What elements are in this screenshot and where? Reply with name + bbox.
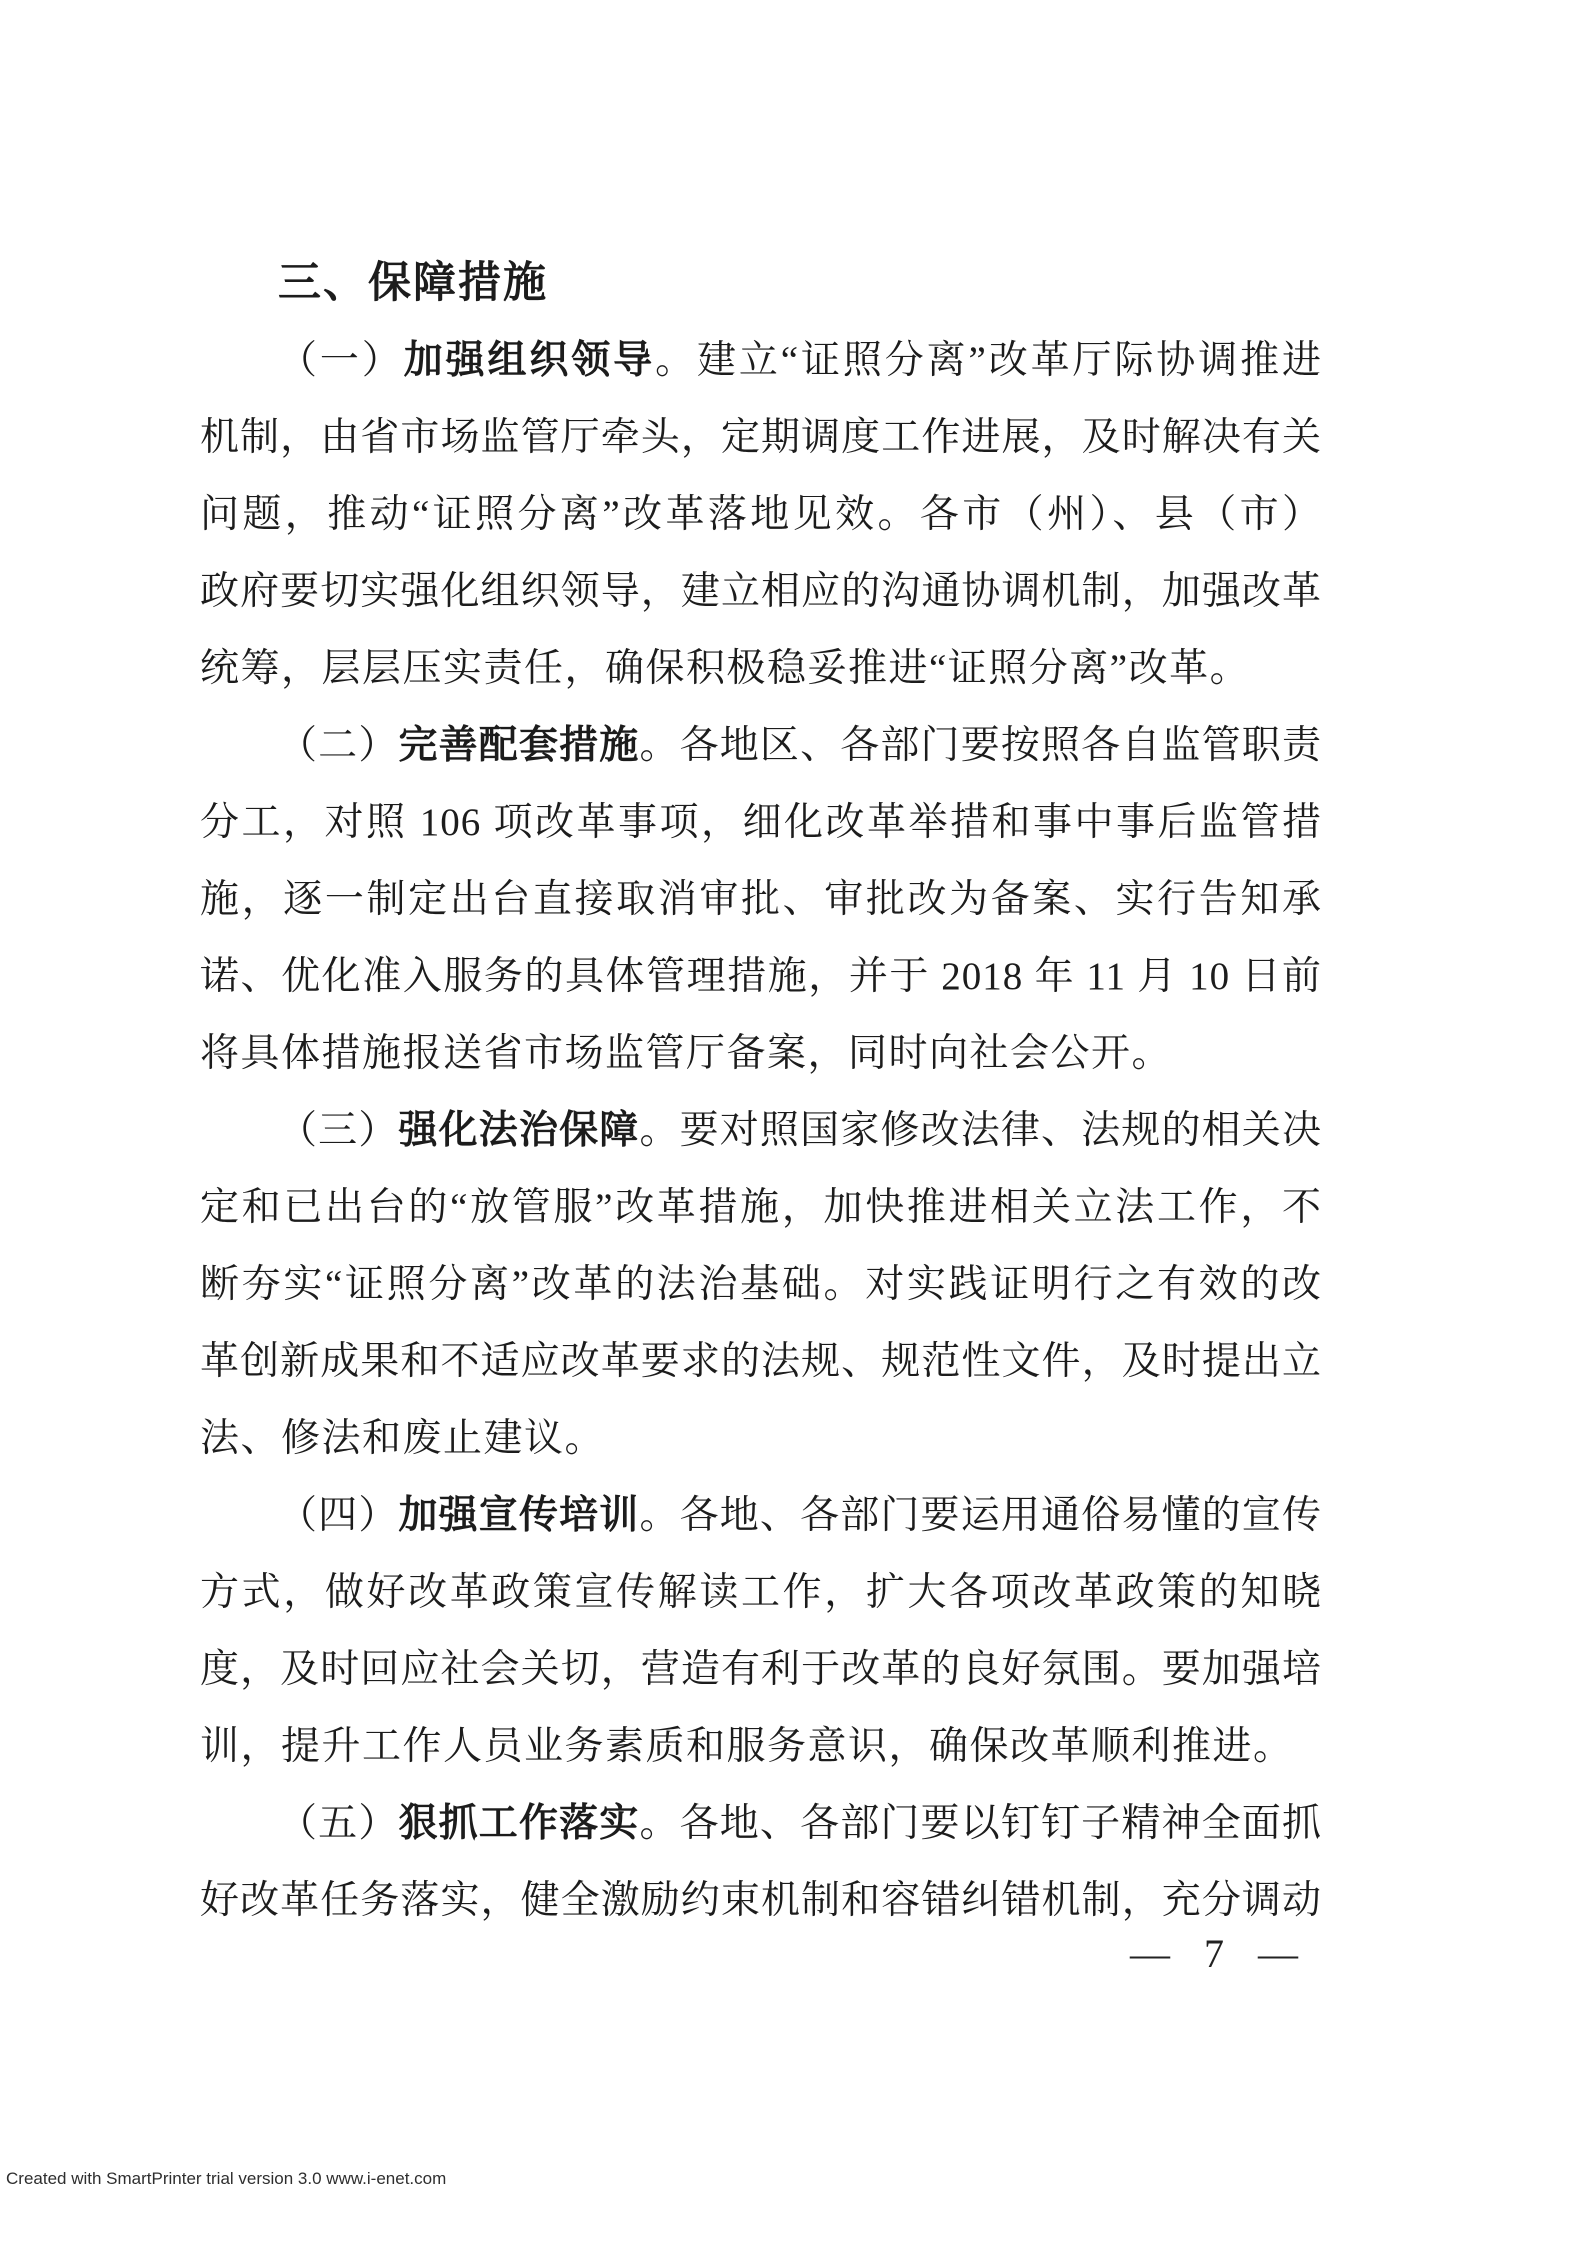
text-line: 定和已出台的“放管服”改革措施，加快推进相关立法工作，不: [200, 1169, 1322, 1246]
paragraph-3-text: 。要对照国家修改法律、法规的相关决: [639, 1109, 1322, 1152]
text-line: 诺、优化准入服务的具体管理措施，并于 2018 年 11 月 10 日前: [200, 938, 1322, 1015]
paragraph-4-first-line: （四）加强宣传培训。各地、各部门要运用通俗易懂的宣传: [200, 1477, 1322, 1554]
watermark-footer: Created with SmartPrinter trial version …: [6, 2166, 446, 2192]
text-line: 施，逐一制定出台直接取消审批、审批改为备案、实行告知承: [200, 861, 1322, 938]
document-page: 三、保障措施 （一）加强组织领导。建立“证照分离”改革厅际协调推进 机制，由省市…: [0, 0, 1587, 2245]
paragraph-1-number: （一）: [278, 339, 404, 382]
text-line: 度，及时回应社会关切，营造有利于改革的良好氛围。要加强培: [200, 1631, 1322, 1708]
paragraph-2-first-line: （二）完善配套措施。各地区、各部门要按照各自监管职责: [200, 707, 1322, 784]
text-line: 训，提升工作人员业务素质和服务意识，确保改革顺利推进。: [200, 1708, 1322, 1785]
paragraph-3-lead: 强化法治保障: [398, 1109, 639, 1152]
paragraph-2-text: 。各地区、各部门要按照各自监管职责: [639, 724, 1322, 767]
paragraph-3-number: （三）: [278, 1109, 398, 1152]
paragraph-3-first-line: （三）强化法治保障。要对照国家修改法律、法规的相关决: [200, 1092, 1322, 1169]
paragraph-4-text: 。各地、各部门要运用通俗易懂的宣传: [639, 1494, 1322, 1537]
text-line: 问题，推动“证照分离”改革落地见效。各市（州）、县（市）: [200, 476, 1322, 553]
text-line: 断夯实“证照分离”改革的法治基础。对实践证明行之有效的改: [200, 1246, 1322, 1323]
paragraph-1-lead: 加强组织领导: [404, 339, 655, 382]
paragraph-5-text: 。各地、各部门要以钉钉子精神全面抓: [639, 1802, 1322, 1845]
text-line: 将具体措施报送省市场监管厅备案，同时向社会公开。: [200, 1015, 1322, 1092]
paragraph-5-number: （五）: [278, 1802, 398, 1845]
text-line: 统筹，层层压实责任，确保积极稳妥推进“证照分离”改革。: [200, 630, 1322, 707]
text-line: 方式，做好改革政策宣传解读工作，扩大各项改革政策的知晓: [200, 1554, 1322, 1631]
text-line: 政府要切实强化组织领导，建立相应的沟通协调机制，加强改革: [200, 553, 1322, 630]
paragraph-5-lead: 狠抓工作落实: [398, 1802, 639, 1845]
document-body: 三、保障措施 （一）加强组织领导。建立“证照分离”改革厅际协调推进 机制，由省市…: [200, 245, 1322, 1939]
section-heading: 三、保障措施: [200, 245, 1322, 322]
text-line: 革创新成果和不适应改革要求的法规、规范性文件，及时提出立: [200, 1323, 1322, 1400]
text-line: 机制，由省市场监管厅牵头，定期调度工作进展，及时解决有关: [200, 399, 1322, 476]
text-line: 分工，对照 106 项改革事项，细化改革举措和事中事后监管措: [200, 784, 1322, 861]
paragraph-5-first-line: （五）狠抓工作落实。各地、各部门要以钉钉子精神全面抓: [200, 1785, 1322, 1862]
text-line: 法、修法和废止建议。: [200, 1400, 1322, 1477]
paragraph-4-number: （四）: [278, 1494, 398, 1537]
page-number: — 7 —: [1091, 1928, 1341, 1980]
paragraph-1-text: 。建立“证照分离”改革厅际协调推进: [655, 339, 1322, 382]
paragraph-2-lead: 完善配套措施: [398, 724, 639, 767]
paragraph-2-number: （二）: [278, 724, 398, 767]
paragraph-1-first-line: （一）加强组织领导。建立“证照分离”改革厅际协调推进: [200, 322, 1322, 399]
paragraph-4-lead: 加强宣传培训: [398, 1494, 639, 1537]
